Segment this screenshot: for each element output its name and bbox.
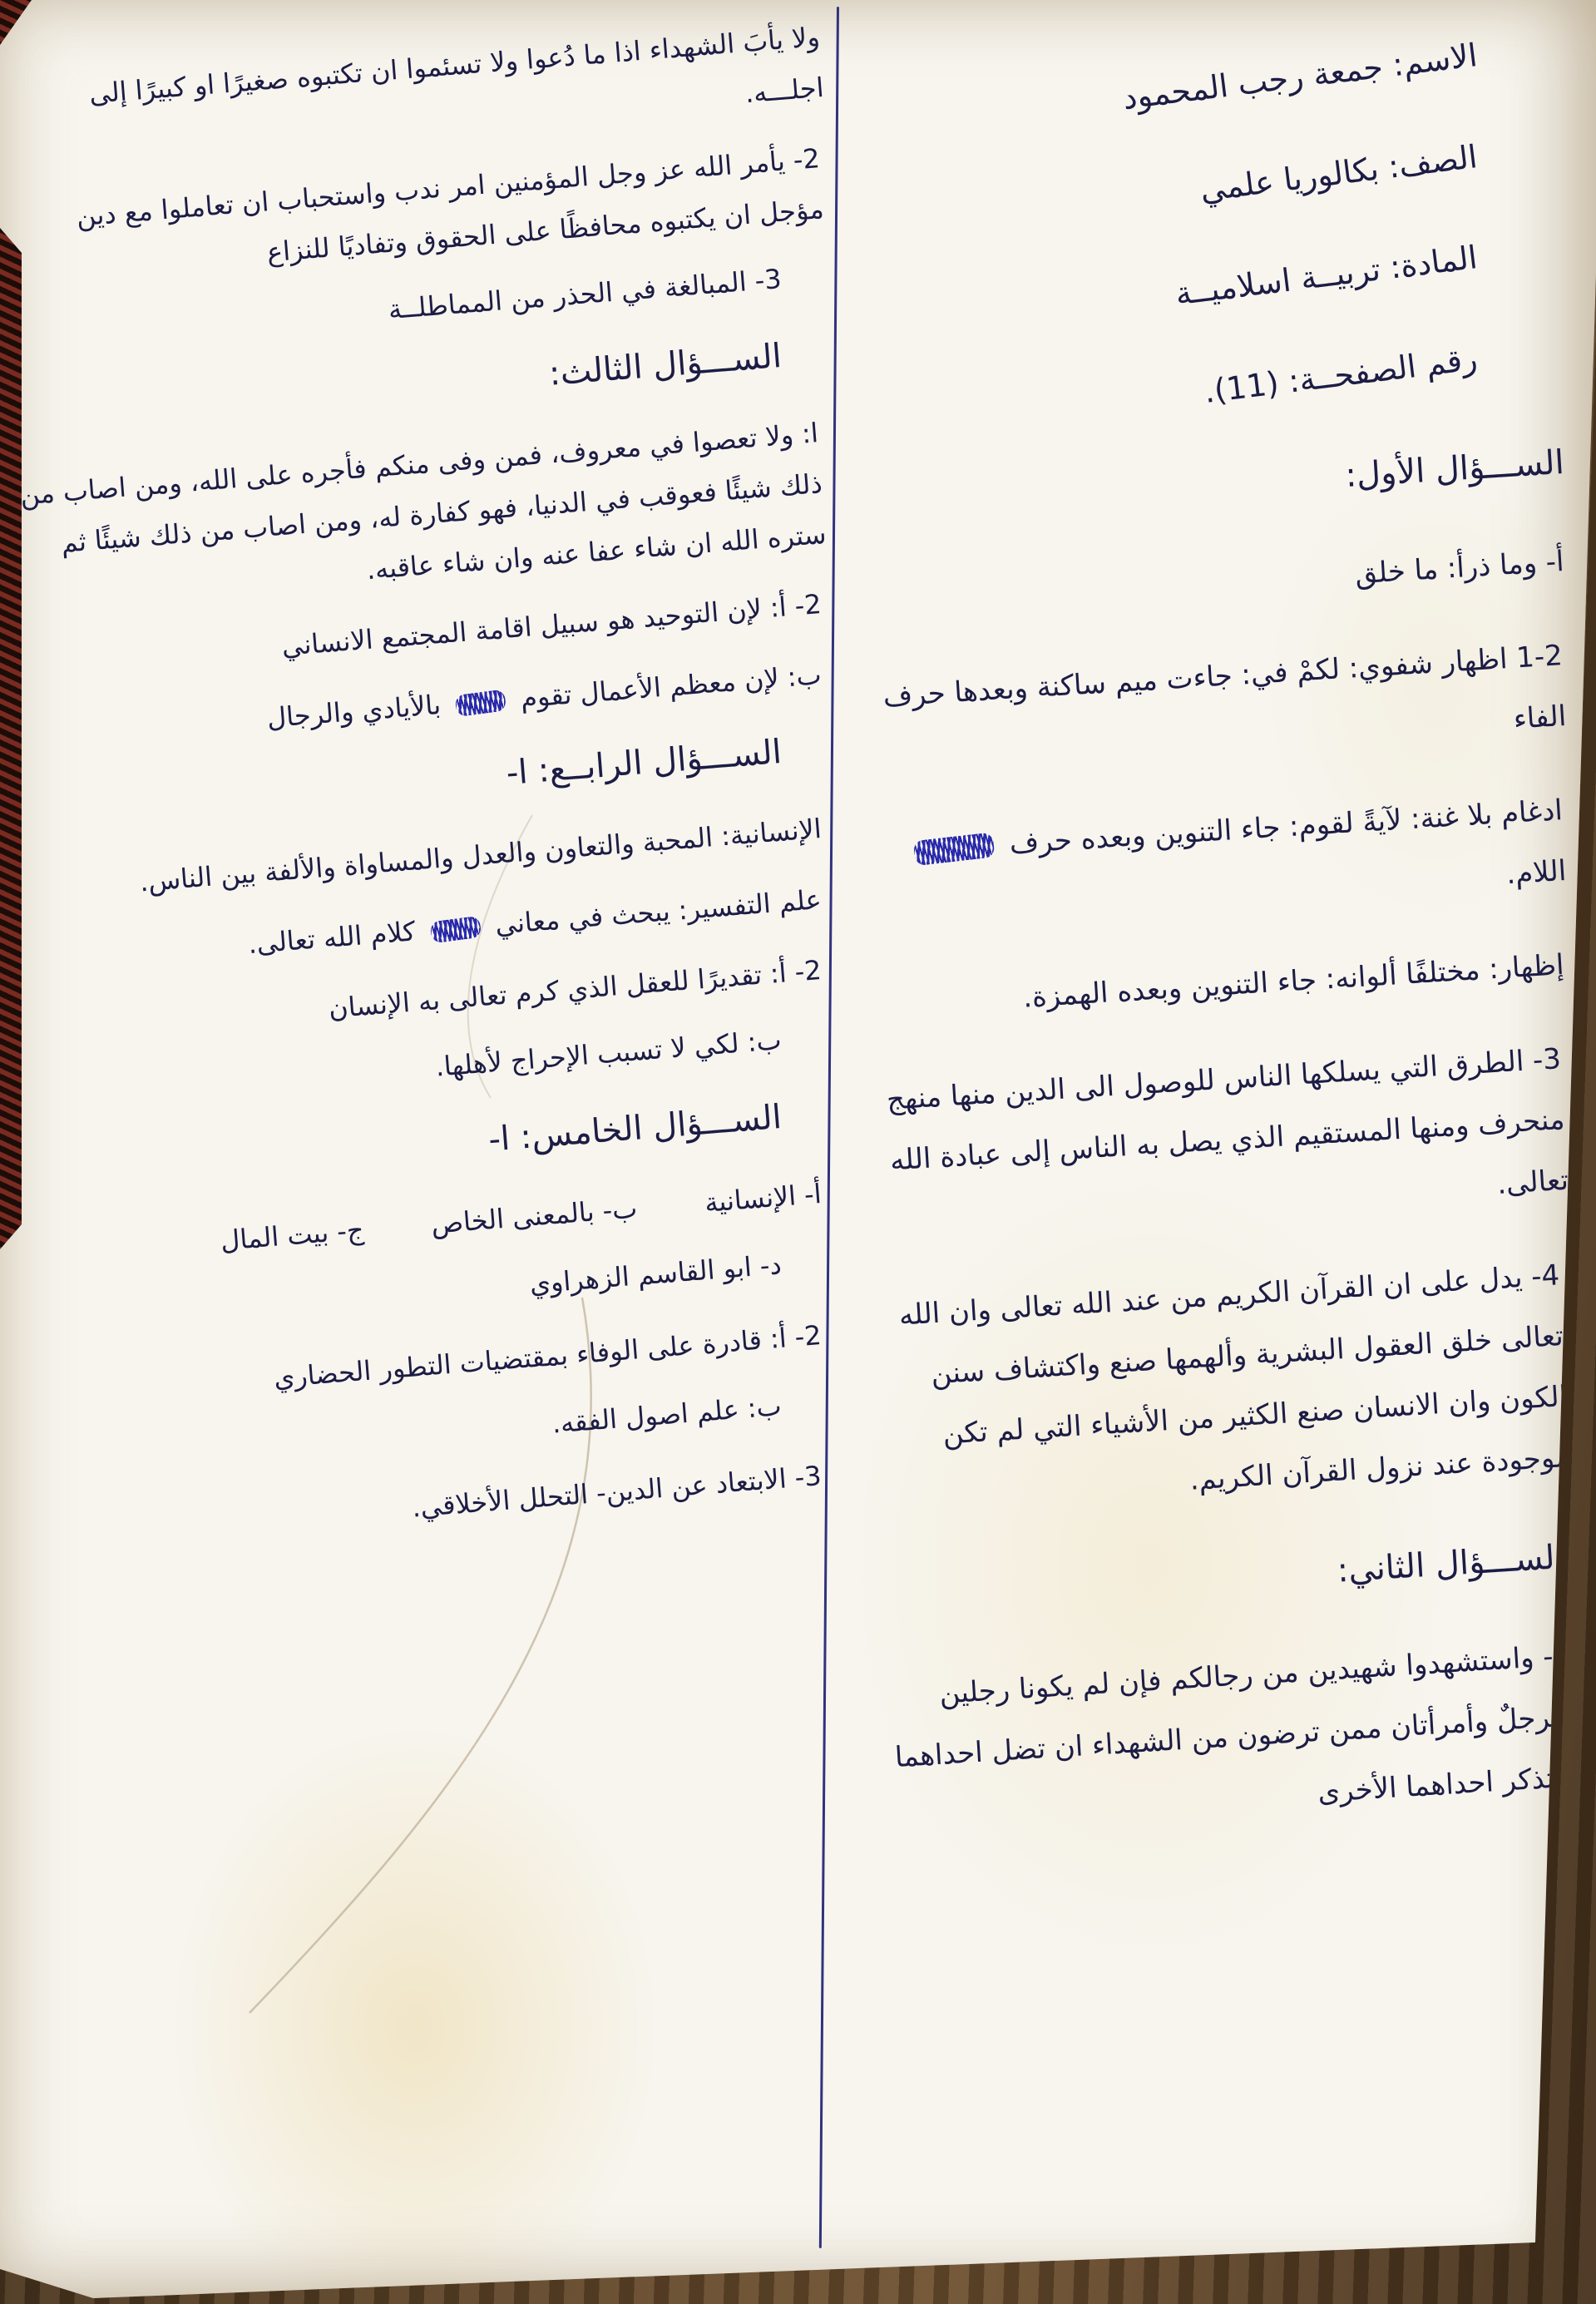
column-divider-line xyxy=(819,7,839,2248)
answer-line: 1-2 اظهار شفوي: لكمْ في: جاءت ميم ساكنة … xyxy=(872,625,1568,789)
right-column: الاسم: جمعة رجب المحمود الصف: بكالوريا ع… xyxy=(873,22,1564,1842)
question-2-heading: الســـؤال الثاني: xyxy=(872,1521,1566,1635)
ink-scribble-crossed-word xyxy=(429,916,482,944)
answer-line: أ- وما ذرأ: ما خلق xyxy=(873,532,1566,635)
answer-paragraph: ا- واستشهدوا شهيدين من رجالكم فإن لم يكو… xyxy=(870,1626,1570,1851)
answer-text: اللام. xyxy=(1505,854,1567,891)
answer-sheet-paper: الاسم: جمعة رجب المحمود الصف: بكالوريا ع… xyxy=(0,0,1596,2304)
answer-text: بالأيادي والرجال xyxy=(265,689,442,734)
ink-scribble-crossed-word xyxy=(913,832,996,866)
answer-line: ادغام بلا غنة: لآيةً لقوم: جاء التنوين و… xyxy=(872,780,1568,944)
answer-text: ب: لإن معظم الأعمال تقوم xyxy=(519,659,823,714)
answer-text: ادغام بلا غنة: لآيةً لقوم: جاء التنوين و… xyxy=(1009,794,1564,861)
answer-paragraph: 3- الطرق التي يسلكها الناس للوصول الى ال… xyxy=(870,1029,1570,1253)
photo-background: الاسم: جمعة رجب المحمود الصف: بكالوريا ع… xyxy=(0,0,1596,2304)
answer-text: علم التفسير: يبحث في معاني xyxy=(494,883,823,941)
answer-paragraph: 4- يدل على ان القرآن الكريم من عند الله … xyxy=(868,1245,1572,1530)
ink-scribble-crossed-word xyxy=(455,690,507,718)
answer-text: كلام الله تعالى. xyxy=(247,915,417,960)
left-column: ولا يأبَ الشهداء اذا ما دُعوا ولا تسئموا… xyxy=(10,12,821,1521)
answer-line: إظهار: مختلفًا ألوانه: جاء التنوين وبعده… xyxy=(873,935,1566,1038)
